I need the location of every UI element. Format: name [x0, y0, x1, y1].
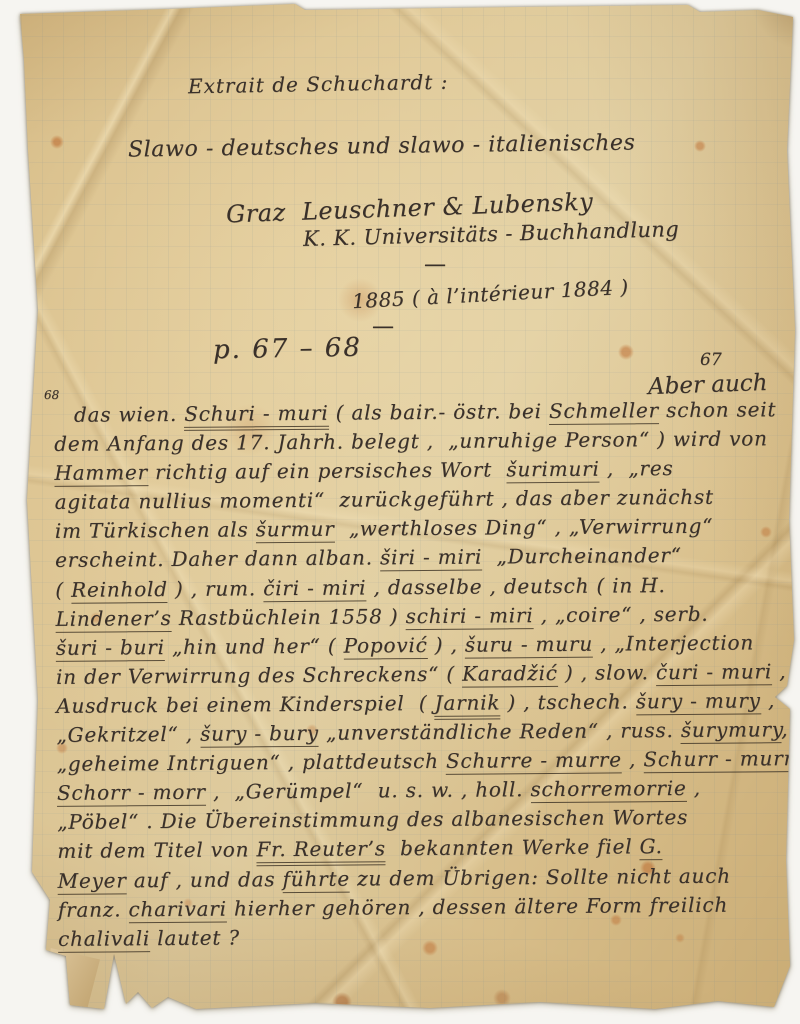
text-segment: richtig auf ein persisches Wort [148, 458, 507, 485]
underlined-term: chalivali [58, 926, 150, 953]
underlined-term: šurymury [681, 717, 782, 744]
extract-heading: Extrait de Schuchardt : [188, 70, 449, 99]
text-segment: Rastbüchlein 1558 ) [172, 604, 406, 630]
text-segment: „hin und her“ ( [165, 633, 344, 658]
manuscript-paper: Extrait de Schuchardt : Slawo - deutsche… [0, 0, 800, 1024]
text-segment: lautet ? [150, 925, 240, 950]
text-segment: ( [55, 577, 71, 601]
work-title: Slawo - deutsches und slawo - italienisc… [128, 130, 636, 162]
underlined-term: širi - miri [380, 545, 482, 572]
text-segment: „Gekritzel“ , [56, 722, 200, 747]
text-segment: das wien. [74, 402, 184, 427]
underlined-term: Schurr - murr [643, 746, 792, 773]
text-segment: schon seit [659, 397, 777, 422]
underlined-term: čuri - muri [656, 659, 772, 686]
underlined-term: Popović [343, 633, 427, 660]
underlined-term: führte [282, 866, 350, 893]
text-segment: , [622, 747, 644, 771]
text-segment: Ausdruck bei einem Kinderspiel ( [56, 691, 435, 718]
text-segment: „unverständliche Reden“ , russ. [319, 718, 681, 745]
text-segment: ( als bair.- östr. bei [328, 399, 549, 425]
text-segment: , „Gerümpel“ u. s. w. , holl. [206, 777, 531, 804]
text-segment: , „Interjection [593, 630, 754, 655]
underlined-term: šurmur [256, 517, 335, 544]
text-segment: , dasselbe , deutsch ( in H. [366, 573, 666, 599]
page-range: p. 67 – 68 [213, 333, 362, 366]
underlined-term: schiri - miri [406, 603, 534, 630]
manuscript-line: dem Anfang des 17. Jahrh. belegt , „unru… [54, 424, 786, 459]
underlined-term: čiri - miri [263, 575, 366, 602]
underlined-term: Karadžić [462, 661, 558, 688]
underlined-term: Hammer [54, 460, 148, 487]
text-segment: in der Verwirrung des Schreckens“ ( [56, 662, 462, 689]
page-range-overline: — [372, 314, 394, 339]
text-segment: bekannten Werke fiel [386, 835, 640, 861]
text-segment: „werthloses Ding“ , „Verwirrung“ [334, 514, 713, 541]
manuscript-line: franz. charivari hierher gehören , desse… [58, 890, 790, 925]
underlined-term: Schuri - muri [184, 401, 329, 431]
underlined-term: Schmeller [549, 398, 659, 425]
text-segment: zu dem Übrigen: Sollte nicht auch [350, 863, 731, 890]
text-segment: „geheime Intriguen“ , plattdeutsch [57, 749, 446, 776]
edition-year-note: 1885 ( à l’intérieur 1884 ) [352, 275, 630, 313]
page-number-top-right: 67 [700, 350, 722, 370]
text-segment: erscheint. Daher dann alban. [55, 546, 380, 573]
manuscript-content: Extrait de Schuchardt : Slawo - deutsche… [0, 0, 800, 1024]
text-segment: ) , tschech. [500, 689, 636, 714]
text-segment: , [772, 659, 787, 683]
underlined-term: Lindener’s [55, 606, 171, 633]
text-segment: agitata nullius momenti“ zurückgeführt ,… [55, 485, 714, 514]
text-segment: , „res [600, 456, 674, 481]
text-segment: , „coire“ , serb. [533, 601, 708, 626]
text-segment: dem Anfang des 17. Jahrh. belegt , „unru… [54, 426, 768, 456]
underlined-term: šury - bury [200, 721, 319, 748]
text-segment: im Türkischen als [55, 518, 256, 544]
text-segment: , [792, 746, 799, 770]
text-segment: , [781, 717, 788, 741]
underlined-term: šurimuri [506, 457, 600, 484]
underlined-term: Jarnik [435, 690, 501, 720]
text-segment: , [761, 688, 776, 712]
text-segment: hierher gehören , dessen ältere Form fre… [227, 892, 729, 920]
underlined-term: Meyer [58, 868, 127, 895]
separator-dash: — [424, 252, 446, 277]
text-segment: , [686, 776, 701, 800]
text-segment: ) , [428, 632, 465, 656]
manuscript-line: erscheint. Daher dann alban. širi - miri… [55, 541, 787, 576]
text-segment: franz. [58, 897, 129, 922]
underlined-term: šuru - muru [465, 631, 593, 658]
underlined-term: Reinhold [71, 577, 168, 604]
text-segment: „Pöbel“ . Die Übereinstimmung des albane… [57, 805, 688, 834]
underlined-term: šury - mury [636, 688, 761, 715]
underlined-term: Fr. Reuter’s [256, 837, 386, 867]
scanned-page-background: Extrait de Schuchardt : Slawo - deutsche… [0, 0, 800, 1024]
underlined-term: Schorr - morr [57, 780, 206, 807]
text-segment: ) , rum. [168, 576, 264, 601]
text-segment: ) , slow. [558, 660, 656, 685]
underlined-term: šuri - buri [56, 635, 165, 662]
text-segment: auf , und das [127, 867, 283, 892]
underlined-term: G. [639, 835, 662, 861]
text-segment: „Durcheinander“ [482, 543, 682, 569]
underlined-term: schorremorrie [530, 776, 686, 803]
text-segment: mit dem Titel von [57, 838, 256, 864]
manuscript-body: das wien. Schuri - muri ( als bair.- öst… [54, 395, 790, 954]
manuscript-line: chalivali lautet ? [58, 919, 790, 954]
underlined-term: charivari [128, 896, 227, 923]
underlined-term: Schurre - murre [446, 748, 622, 775]
